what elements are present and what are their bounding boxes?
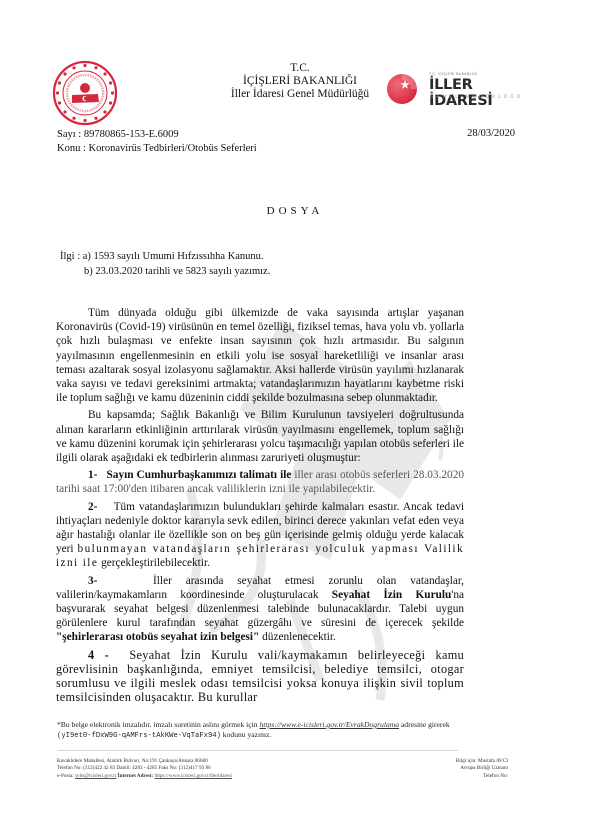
letterhead-ministry: İÇİŞLERİ BAKANLIĞI (180, 75, 420, 88)
logo-star-mark-icon (385, 72, 419, 106)
info-phone: Telefon No: (400, 773, 508, 780)
sayi-value: : 89780865-153-E.6009 (78, 129, 178, 140)
logo-small-text: T.C. İÇİŞLERİ BAKANLIĞI (429, 72, 478, 76)
document-title: DOSYA (0, 205, 590, 217)
item-2: 2- Tüm vatandaşlarımızın bulundukları şe… (56, 500, 464, 571)
footer-phone: Telefon No: (312)422 42 83 Dahili: 4283 … (57, 765, 232, 772)
footer-info: Bilgi için: Mustafa AVCI Avrupa Birliği … (400, 758, 508, 780)
document-date: 28/03/2020 (467, 128, 515, 139)
note-prefix: *Bu belge elektronik imzalıdır. imzalı s… (57, 720, 259, 729)
item-3: 3- İller arasında seyahat etmesi zorunlu… (56, 574, 464, 645)
note-middle: adresine girerek (399, 720, 450, 729)
paragraph-2: Bu kapsamda; Sağlık Bakanlığı ve Bilim K… (56, 408, 464, 465)
email-label: e-Posta: (57, 773, 75, 779)
letterhead-tc: T.C. (180, 62, 420, 75)
sayi-row: Sayı : 89780865-153-E.6009 (57, 128, 257, 142)
document-meta: Sayı : 89780865-153-E.6009 Konu : Korona… (57, 128, 257, 156)
ilgi-section: İlgi : a) 1593 sayılı Umumi Hıfzıssıhha … (60, 250, 270, 279)
footer-contact: Kavaklıdere Mahallesi, Atatürk Bulvarı, … (57, 758, 232, 780)
e-signature-note: *Bu belge elektronik imzalıdır. imzalı s… (57, 720, 477, 741)
item-3-bold-2: "şehirlerarası otobüs seyahat izin belge… (56, 631, 259, 643)
konu-value: : Koronavirüs Tedbirleri/Otobüs Seferler… (83, 143, 257, 154)
website-link[interactable]: https://www.icisleri.gov.tr/illeridaresi (154, 773, 232, 779)
document-page: T.C. İÇİŞLERİ BAKANLIĞI İller İdaresi Ge… (0, 0, 590, 836)
note-suffix: kodunu yazınız. (221, 730, 271, 739)
verification-code: (yI9et0-fDxW9G-qAMFrs-tAkKWe-VqTaFx94) (57, 732, 221, 740)
item-1: 1- Sayın Cumhurbaşkanımızı talimatı ile … (56, 468, 464, 496)
konu-label: Konu (57, 143, 80, 154)
item-3-bold-1: Seyahat İzin Kurulu (332, 589, 452, 601)
item-4: 4 - Seyahat İzin Kurulu vali/kaymakamın … (56, 648, 464, 705)
logo-subtitle: GENEL MÜDÜRLÜĞÜ (430, 95, 523, 100)
item-4-text: Seyahat İzin Kurulu vali/kaymakamın beli… (56, 648, 464, 705)
item-3-number: 3- (88, 575, 97, 587)
info-title: Avrupa Birliği Uzmanı (400, 765, 508, 772)
email-link[interactable]: sybs@icisleri.gov.tr (75, 773, 116, 779)
web-label: İnternet Adresi: (116, 773, 154, 779)
logo-title: İLLER İDARESİ (429, 77, 535, 109)
iller-idaresi-logo: T.C. İÇİŞLERİ BAKANLIĞI İLLER İDARESİ GE… (385, 68, 535, 108)
konu-row: Konu : Koronavirüs Tedbirleri/Otobüs Sef… (57, 142, 257, 156)
letterhead: T.C. İÇİŞLERİ BAKANLIĞI İller İdaresi Ge… (180, 62, 420, 101)
sayi-label: Sayı (57, 129, 76, 140)
item-1-bold: Sayın Cumhurbaşkanımızı talimatı ile (107, 469, 292, 481)
footer-divider (58, 750, 458, 751)
document-body: Tüm dünyada olduğu gibi ülkemizde de vak… (56, 306, 464, 707)
verification-link[interactable]: https://www.e-icisleri.gov.tr/EvrakDogru… (259, 720, 399, 729)
footer-web-row: e-Posta: sybs@icisleri.gov.tr İnternet A… (57, 773, 232, 780)
ilgi-label: İlgi : (60, 251, 80, 262)
item-1-number: 1- (88, 469, 97, 481)
ministry-seal-icon (52, 60, 118, 126)
ilgi-b: b) 23.03.2020 tarihli ve 5823 sayılı yaz… (60, 265, 270, 280)
ilgi-a: a) 1593 sayılı Umumi Hıfzıssıhha Kanunu. (83, 251, 264, 262)
letterhead-directorate: İller İdaresi Genel Müdürlüğü (180, 88, 420, 101)
paragraph-1: Tüm dünyada olduğu gibi ülkemizde de vak… (56, 306, 464, 405)
item-2-text-c: gerçekleştirilebilecektir. (98, 557, 210, 569)
item-4-number: 4 - (88, 648, 109, 662)
item-2-number: 2- (88, 501, 97, 513)
item-3-text-c: düzenlenecektir. (259, 631, 336, 643)
